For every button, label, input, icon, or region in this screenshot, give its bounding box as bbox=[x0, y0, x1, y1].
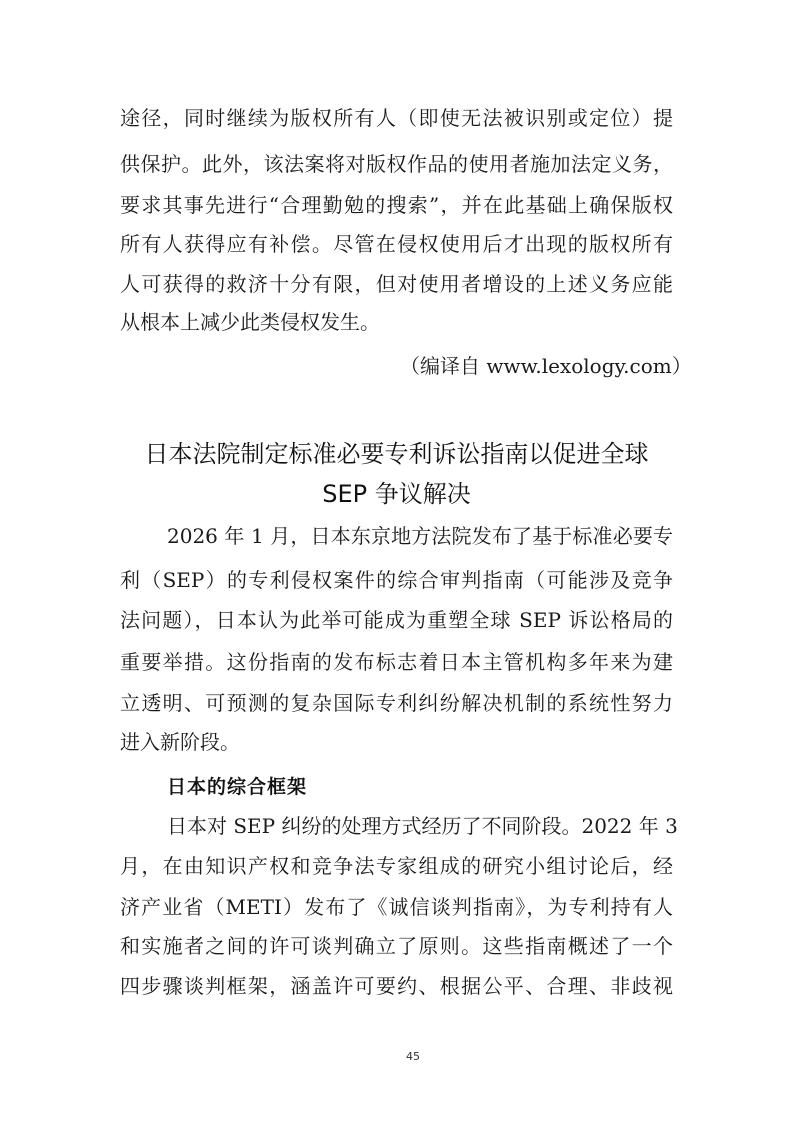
paragraph-line: 2026 年 1 月，日本东京地方法院发布了基于标准必要专 bbox=[167, 522, 673, 550]
paragraph-line: 所有人获得应有补偿。尽管在侵权使用后才出现的版权所有 bbox=[120, 230, 673, 258]
document-page: 途径，同时继续为版权所有人（即使无法被识别或定位）提 供保护。此外，该法案将对版… bbox=[0, 0, 793, 1122]
section-subheading: 日本的综合框架 bbox=[167, 773, 307, 801]
paragraph-line: 四步骤谈判框架，涵盖许可要约、根据公平、合理、非歧视 bbox=[120, 972, 673, 1000]
paragraph-line: 济产业省（METI）发布了《诚信谈判指南》，为专利持有人 bbox=[120, 893, 673, 921]
paragraph-line: 进入新阶段。 bbox=[120, 728, 673, 756]
paragraph-line: 月，在由知识产权和竞争法专家组成的研究小组讨论后，经 bbox=[120, 852, 673, 880]
paragraph-line: 途径，同时继续为版权所有人（即使无法被识别或定位）提 bbox=[120, 104, 673, 132]
page-number: 45 bbox=[0, 1050, 793, 1063]
paragraph-line: 从根本上减少此类侵权发生。 bbox=[120, 308, 673, 336]
paragraph-line: 和实施者之间的许可谈判确立了原则。这些指南概述了一个 bbox=[120, 932, 673, 960]
paragraph-line: 法问题），日本认为此举可能成为重塑全球 SEP 诉讼格局的 bbox=[120, 606, 673, 634]
paragraph-line: 日本对 SEP 纠纷的处理方式经历了不同阶段。2022 年 3 bbox=[167, 812, 673, 840]
paragraph-line: 重要举措。这份指南的发布标志着日本主管机构多年来为建 bbox=[120, 648, 673, 676]
source-attribution: （编译自 www.lexology.com） bbox=[400, 352, 665, 380]
paragraph-line: 利（SEP）的专利侵权案件的综合审判指南（可能涉及竞争 bbox=[120, 566, 673, 594]
article-title-line-1: 日本法院制定标准必要专利诉讼指南以促进全球 bbox=[0, 437, 793, 471]
paragraph-line: 供保护。此外，该法案将对版权作品的使用者施加法定义务， bbox=[120, 150, 673, 178]
paragraph-line: 要求其事先进行“合理勤勉的搜索”，并在此基础上确保版权 bbox=[120, 191, 673, 219]
article-title-line-2: SEP 争议解决 bbox=[0, 477, 793, 511]
paragraph-line: 立透明、可预测的复杂国际专利纠纷解决机制的系统性努力 bbox=[120, 689, 673, 717]
paragraph-line: 人可获得的救济十分有限，但对使用者增设的上述义务应能 bbox=[120, 270, 673, 298]
